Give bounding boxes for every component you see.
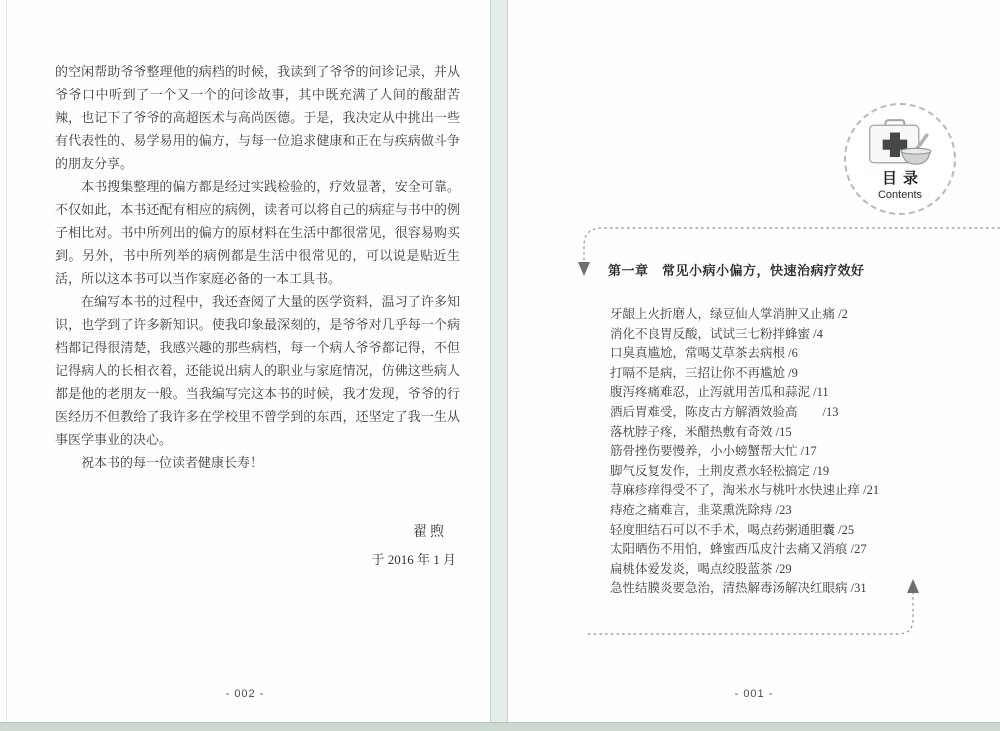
- toc-item: 太阳晒伤不用怕，蜂蜜西瓜皮汁去痛又消痕 /27: [610, 540, 879, 560]
- toc-item: 急性结膜炎要急治，清热解毒汤解决红眼病 /31: [610, 579, 879, 599]
- toc-item: 打嗝不是病，三招让你不再尴尬 /9: [610, 364, 879, 384]
- toc-item: 荨麻疹痒得受不了，淘米水与桃叶水快速止痒 /21: [610, 481, 879, 501]
- toc-item: 脚气反复发作，土荆皮煮水轻松搞定 /19: [610, 462, 879, 482]
- toc-item: 扁桃体爱发炎，喝点绞股蓝茶 /29: [610, 560, 879, 580]
- toc-item: 口臭真尴尬，常喝艾草茶去病根 /6: [610, 344, 879, 364]
- toc-item: 腹泻疼痛难忍，止泻就用苦瓜和蒜泥 /11: [610, 383, 879, 403]
- preface-text: 的空闲帮助爷爷整理他的病档的时候，我读到了爷爷的问诊记录，并从爷爷口中听到了一个…: [55, 60, 460, 474]
- signature-date: 于 2016 年 1 月: [371, 549, 456, 568]
- toc-item: 筋骨挫伤要慢养，小小螃蟹帮大忙 /17: [610, 442, 879, 462]
- preface-paragraph: 的空闲帮助爷爷整理他的病档的时候，我读到了爷爷的问诊记录，并从爷爷口中听到了一个…: [55, 60, 460, 175]
- book-spread: 的空闲帮助爷爷整理他的病档的时候，我读到了爷爷的问诊记录，并从爷爷口中听到了一个…: [0, 0, 1000, 731]
- preface-paragraph: 在编写本书的过程中，我还查阅了大量的医学资料，温习了许多知识，也学到了许多新知识…: [55, 290, 460, 451]
- toc-item: 牙龈上火折磨人，绿豆仙人掌消肿又止痛 /2: [610, 305, 879, 325]
- toc-item: 酒后胃难受，陈皮古方解酒效验高 /13: [610, 403, 879, 423]
- author-signature: 翟煦: [413, 521, 447, 541]
- page-gutter: [490, 0, 508, 722]
- page-left-preface: 的空闲帮助爷爷整理他的病档的时候，我读到了爷爷的问诊记录，并从爷爷口中听到了一个…: [0, 0, 490, 722]
- toc-list: 牙龈上火折磨人，绿豆仙人掌消肿又止痛 /2 消化不良胃反酸，试试三七粉拌蜂蜜 /…: [610, 305, 879, 599]
- contents-badge: 目录 Contents: [844, 103, 956, 215]
- page-number-left: - 002 -: [0, 688, 490, 700]
- toc-item: 消化不良胃反酸，试试三七粉拌蜂蜜 /4: [610, 325, 879, 345]
- page-right-contents: 目录 Contents 第一章 常见小病小偏方，快速治病疗效好 牙龈上火折磨人，…: [508, 0, 1000, 722]
- arrow-down-icon: [578, 262, 590, 276]
- toc-item: 落枕脖子疼，米醋热敷有奇效 /15: [610, 423, 879, 443]
- scan-bottom-band: [0, 722, 1000, 731]
- chapter-heading: 第一章 常见小病小偏方，快速治病疗效好: [608, 260, 865, 279]
- guide-line-top: [584, 228, 1000, 262]
- medical-kit-icon: [863, 118, 937, 170]
- scan-edge-shadow: [6, 0, 7, 722]
- preface-paragraph: 祝本书的每一位读者健康长寿！: [55, 451, 460, 474]
- toc-item: 轻度胆结石可以不手术，喝点药粥通胆囊 /25: [610, 521, 879, 541]
- contents-title-cn: 目录: [876, 171, 924, 188]
- arrow-up-icon: [907, 579, 919, 593]
- preface-paragraph: 本书搜集整理的偏方都是经过实践检验的，疗效显著，安全可靠。不仅如此，本书还配有相…: [55, 175, 460, 290]
- page-number-right: - 001 -: [508, 688, 1000, 700]
- contents-title-en: Contents: [878, 189, 922, 201]
- toc-item: 痔疮之痛难言，韭菜熏洗除痔 /23: [610, 501, 879, 521]
